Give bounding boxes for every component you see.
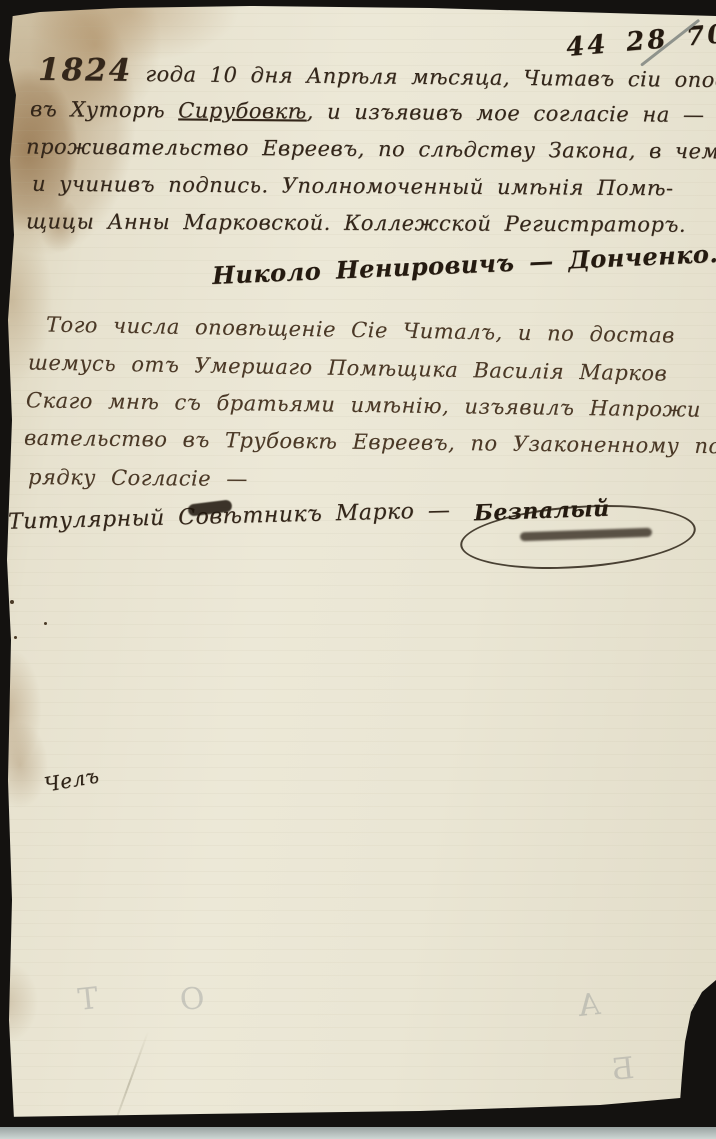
ink-speck bbox=[10, 600, 14, 604]
bleedthrough-letter: Б bbox=[610, 1051, 636, 1088]
bleedthrough-letter: Т bbox=[76, 981, 100, 1018]
manuscript-line: и учинивъ подпись. Уполномоченный имѣнія… bbox=[32, 172, 674, 200]
bleedthrough-letter: У bbox=[692, 997, 716, 1034]
year-figure: 1824 bbox=[38, 52, 133, 89]
paper-background bbox=[0, 0, 716, 1139]
ink-speck bbox=[14, 636, 17, 639]
bleedthrough-letter: О bbox=[178, 981, 206, 1018]
manuscript-line: проживательство Евреевъ, по слѣдству Зак… bbox=[26, 135, 716, 164]
manuscript-line: рядку Согласіе — bbox=[28, 465, 248, 491]
scanner-background-strip bbox=[0, 1127, 716, 1139]
manuscript-line: щицы Анны Марковской. Коллежской Регистр… bbox=[26, 209, 686, 236]
ink-speck bbox=[44, 622, 47, 625]
bleedthrough-letter: А bbox=[576, 987, 602, 1024]
underlined-place-name: Сирубовкѣ bbox=[178, 98, 307, 123]
line-text: , и изъявивъ мое согласіе на — bbox=[307, 99, 705, 126]
line-text: года 10 дня Апрѣля мѣсяца, Читавъ сіи оп… bbox=[145, 62, 716, 93]
manuscript-scan: 44 28 70 1824 года 10 дня Апрѣля мѣсяца,… bbox=[0, 0, 716, 1139]
line-text: въ Хуторѣ bbox=[30, 97, 178, 122]
